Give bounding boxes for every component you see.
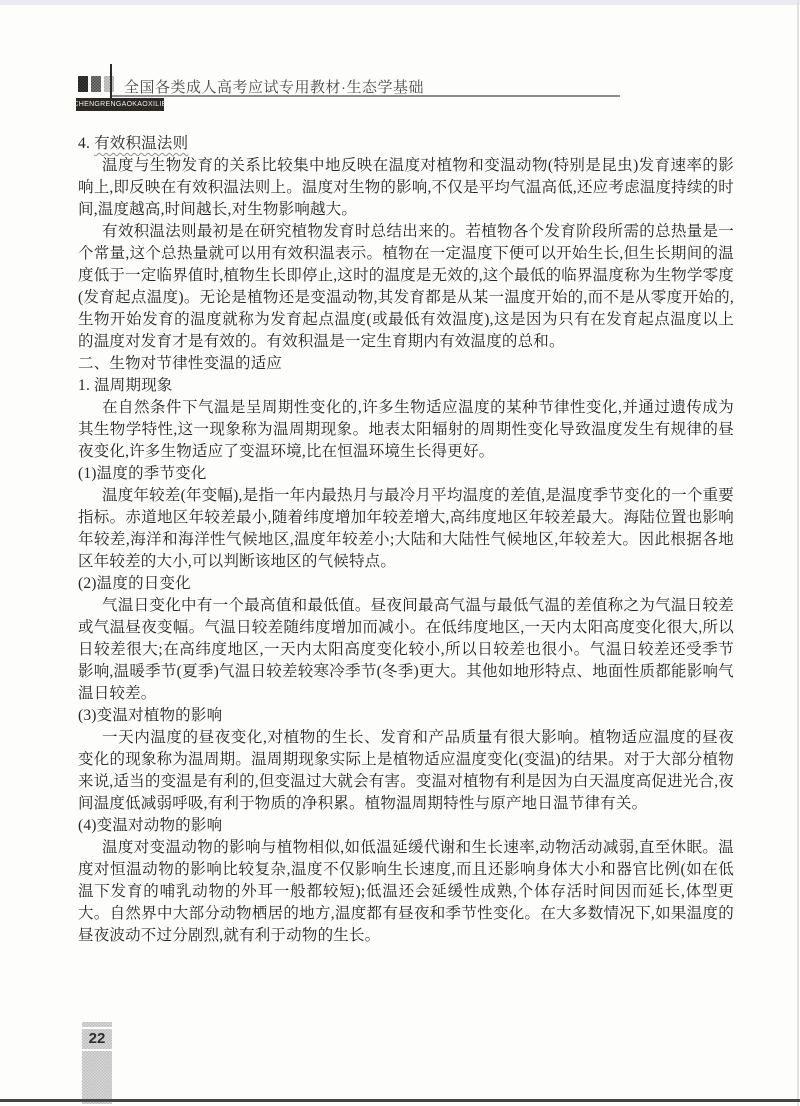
paragraph-law-intro: 温度与生物发育的关系比较集中地反映在温度对植物和变温动物(特别是昆虫)发育速率的… — [78, 155, 734, 221]
header-rule — [112, 95, 620, 97]
paragraph-effect-on-plants: 一天内温度的昼夜变化,对植物的生长、发育和产品质量有很大影响。植物适应温度的昼夜… — [78, 727, 734, 815]
item-heading-effect-on-animals: (4)变温对动物的影响 — [78, 815, 734, 837]
page-number: 22 — [82, 1027, 112, 1051]
page-header: 全国各类成人高考应试专用教材·生态学基础 CHENGRENGAOKAOXILIE — [0, 0, 800, 120]
block-medium-icon — [91, 76, 101, 92]
section-heading-rhythmic-adaptation: 二、生物对节律性变温的适应 — [78, 353, 734, 375]
three-blocks-icon — [78, 76, 114, 92]
paragraph-effect-on-animals: 温度对变温动物的影响与植物相似,如低温延缓代谢和生长速率,动物活动减弱,直至休眠… — [78, 837, 734, 947]
item-heading-seasonal-change: (1)温度的季节变化 — [78, 463, 734, 485]
footer-rule — [0, 1099, 800, 1102]
paragraph-seasonal-change: 温度年较差(年变幅),是指一年内最热月与最冷月平均温度的差值,是温度季节变化的一… — [78, 485, 734, 573]
block-light-icon — [104, 76, 114, 92]
paragraph-law-detail: 有效积温法则最初是在研究植物发育时总结出来的。若植物各个发育阶段所需的总热量是一… — [78, 221, 734, 353]
law-heading-title: 有效积温法则 — [94, 135, 188, 152]
item-heading-daily-change: (2)温度的日变化 — [78, 573, 734, 595]
subsection-heading-thermoperiod: 1. 温周期现象 — [78, 375, 734, 397]
block-dark-icon — [78, 76, 88, 92]
scan-right-edge — [797, 0, 799, 1106]
paragraph-thermoperiod: 在自然条件下气温是呈周期性变化的,许多生物适应温度的某种节律性变化,并通过遗传成… — [78, 397, 734, 463]
item-heading-effect-on-plants: (3)变温对植物的影响 — [78, 705, 734, 727]
series-code-label: CHENGRENGAOKAOXILIE — [73, 101, 166, 108]
book-title: 全国各类成人高考应试专用教材·生态学基础 — [124, 76, 424, 97]
series-code-bar: CHENGRENGAOKAOXILIE — [76, 98, 164, 111]
logo-divider — [110, 64, 112, 98]
page-body-text: 4. 有效积温法则 温度与生物发育的关系比较集中地反映在温度对植物和变温动物(特… — [78, 133, 734, 947]
page-number-tab: 22 — [82, 1022, 112, 1104]
law-heading: 4. 有效积温法则 — [78, 133, 734, 155]
paragraph-daily-change: 气温日变化中有一个最高值和最低值。昼夜间最高气温与最低气温的差值称之为气温日较差… — [78, 595, 734, 705]
law-heading-number: 4. — [78, 135, 94, 152]
